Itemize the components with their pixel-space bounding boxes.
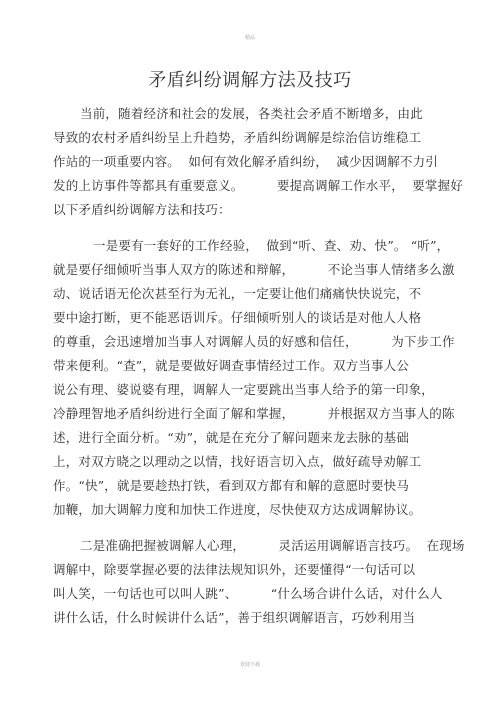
text-line: 作站的一项重要内容。 如何有效化解矛盾纠纷， 减少因调解不力引 — [53, 152, 438, 170]
text-line: 要中途打断，更不能恶语训斥。仔细倾听别人的谈话是对他人人格 — [53, 308, 421, 326]
page-header: 精品 — [0, 34, 500, 41]
text-line: 加鞭，加大调解力度和加快工作进度，尽快使双方达成调解协议。 — [53, 500, 421, 518]
text-line: 动、说话语无伦次甚至行为无礼，一定要让他们痛痛快快说完，不 — [53, 284, 421, 302]
text-line: 当前，随着经济和社会的发展，各类社会矛盾不断增多，由此 — [80, 104, 423, 122]
text-line: 就是要仔细倾听当事人双方的陈述和辩解， 不论当事人情绪多么激 — [53, 260, 455, 278]
text-line: 调解中，除要掌握必要的法律法规知识外，还要懂得“一句话可以 — [53, 560, 415, 578]
text-line: 以下矛盾纠纷调解方法和技巧： — [53, 200, 231, 218]
text-line: 说公有理、婆说婆有理，调解人一定要跳出当事人给予的第一印象， — [53, 380, 434, 398]
text-line: 一是要有一套好的工作经验， 做到“听、查、劝、快”。 “听”， — [93, 236, 449, 254]
text-line: 述，进行全面分析。“劝”，就是在充分了解问题来龙去脉的基础 — [53, 428, 409, 446]
document-title: 矛盾纠纷调解方法及技巧 — [0, 66, 500, 92]
page-footer: 欢迎下载 — [0, 661, 500, 668]
text-line: 叫人笑，一句话也可以叫人跳”、 “什么场合讲什么话，对什么人 — [53, 584, 442, 602]
text-line: 的尊重，会迅速增加当事人对调解人员的好感和信任， 为下步工作 — [53, 332, 455, 350]
text-line: 上，对双方晓之以理动之以情，找好语言切入点，做好疏导劝解工 — [53, 452, 421, 470]
text-line: 带来便利。“查”，就是要做好调查事情经过工作。双方当事人公 — [53, 356, 409, 374]
text-line: 二是准确把握被调解人心理， 灵活运用调解语言技巧。 在现场 — [80, 536, 465, 554]
text-line: 作。“快”，就是要趁热打铁，看到双方都有和解的意愿时要快马 — [53, 476, 409, 494]
text-line: 发的上访事件等都具有重要意义。 要提高调解工作水平， 要掌握好 — [53, 176, 463, 194]
text-line: 冷静理智地矛盾纠纷进行全面了解和掌握， 并根据双方当事人的陈 — [53, 404, 455, 422]
text-line: 讲什么话，什么时候讲什么话”，善于组织调解语言，巧妙利用当 — [53, 608, 415, 626]
text-line: 导致的农村矛盾纠纷呈上升趋势，矛盾纠纷调解是综治信访维稳工 — [53, 128, 421, 146]
